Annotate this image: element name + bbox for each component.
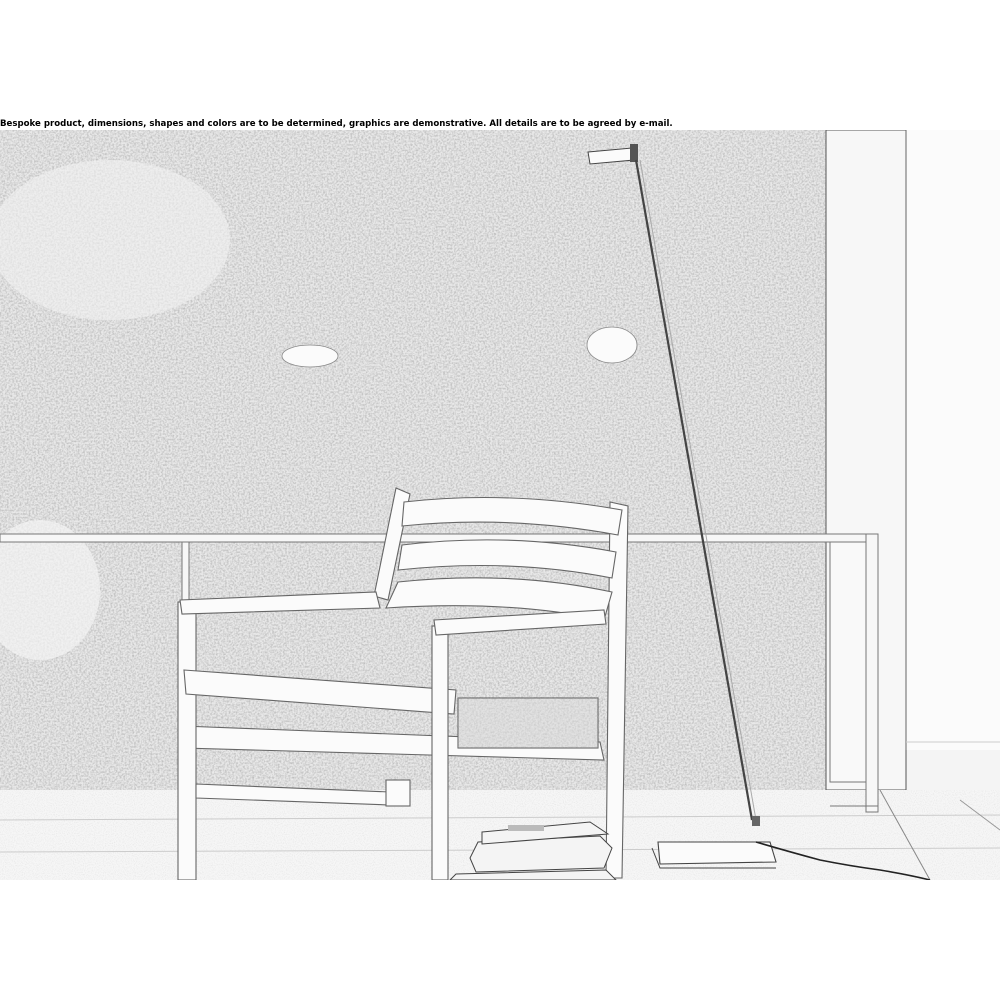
disclaimer-caption: Bespoke product, dimensions, shapes and … <box>0 119 673 129</box>
product-sketch-image <box>0 130 1000 880</box>
wall-light-right <box>587 327 637 363</box>
wall-light-left <box>282 345 338 367</box>
